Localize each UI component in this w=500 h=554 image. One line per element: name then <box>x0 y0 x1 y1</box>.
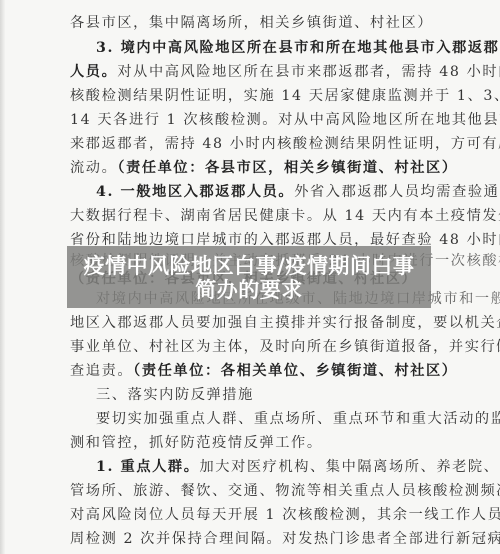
overlay-title: 疫情中风险地区白事/疫情期间白事 简办的要求 <box>67 246 431 308</box>
doc-line-23: 周检测 2 次并保持合理间隔。对发热门诊患者全部进行新冠病毒 <box>70 530 440 548</box>
doc-line-9: 大数据行程卡、湖南省居民健康卡。从 14 天内有本土疫情发生 <box>70 207 440 225</box>
doc-line-7: 流动。（责任单位：各县市区，相关乡镇街道、村社区） <box>70 159 440 177</box>
overlay-title-line-2: 简办的要求 <box>67 278 431 302</box>
overlay-title-line-1: 疫情中风险地区白事/疫情期间白事 <box>67 254 431 278</box>
doc-line-15: 事业单位、村社区为主体，及时向所在乡镇街道报备，并实行倒 <box>70 338 440 356</box>
doc-line-5: 14 天各进行 1 次核酸检测。对从中高风险地区所在地其他县市 <box>70 111 440 129</box>
doc-line-4: 核酸检测结果阴性证明，实施 14 天居家健康监测并于 1、3、7、 <box>70 87 440 105</box>
page-edge-shadow <box>0 0 5 554</box>
doc-line-2: 3. 境内中高风险地区所在县市和所在地其他县市入郡返郡 <box>96 39 466 57</box>
section-heading: 三、落实内防反弹措施 <box>96 386 466 404</box>
doc-line-6: 来郡返郡者，需持 48 小时内核酸检测结果阴性证明，方可有序 <box>70 135 440 153</box>
doc-line-20: 1. 重点人群。加大对医疗机构、集中隔离场所、养老院、监 <box>96 458 466 476</box>
doc-line-22: 对高风险岗位人员每天开展 1 次核酸检测，其余一线工作人员每 <box>70 506 440 524</box>
doc-line-8: 4. 一般地区入郡返郡人员。外省入郡返郡人员均需查验通信 <box>96 183 466 201</box>
doc-line-16: 查追责。（责任单位：各相关单位、乡镇街道、村社区） <box>70 362 440 380</box>
doc-line-1: 各县市区，集中隔离场所，相关乡镇街道、村社区） <box>70 14 440 32</box>
doc-line-19: 测和管控，抓好防范疫情反弹工作。 <box>70 434 440 452</box>
doc-line-18: 要切实加强重点人群、重点场所、重点环节和重大活动的监 <box>96 410 466 428</box>
document-page: 各县市区，集中隔离场所，相关乡镇街道、村社区） 3. 境内中高风险地区所在县市和… <box>0 0 500 554</box>
doc-line-14: 地区入郡返郡人员要加强自主摸排并实行报备制度，要以机关企 <box>70 314 440 332</box>
doc-line-3: 人员。对从中高风险地区所在县市来郡返郡者，需持 48 小时内 <box>70 63 440 81</box>
doc-line-21: 管场所、旅游、餐饮、交通、物流等相关重点人员核酸检测频次， <box>70 482 440 500</box>
